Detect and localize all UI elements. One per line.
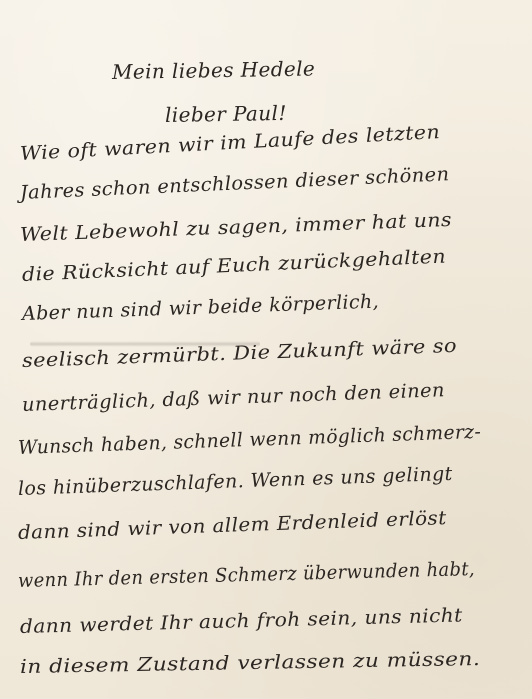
- letter-line-10: dann sind wir von allem Erdenleid erlöst: [18, 507, 447, 544]
- letter-line-13: in diesem Zustand verlassen zu müssen.: [20, 648, 481, 678]
- salutation-line-1: Mein liebes Hedele: [112, 56, 316, 84]
- letter-line-7: unerträglich, daß wir nur noch den einen: [22, 379, 446, 416]
- letter-line-2: Jahres schon entschlossen dieser schönen: [20, 163, 450, 204]
- letter-line-5: Aber nun sind wir beide körperlich,: [22, 291, 380, 325]
- letter-line-3: Welt Lebewohl zu sagen, immer hat uns: [20, 209, 453, 246]
- letter-page: Mein liebes Hedele lieber Paul! Wie oft …: [0, 0, 532, 699]
- letter-line-9: los hinüberzuschlafen. Wenn es uns gelin…: [18, 463, 453, 500]
- letter-line-4: die Rücksicht auf Euch zurückgehalten: [22, 245, 447, 285]
- letter-line-12: dann werdet Ihr auch froh sein, uns nich…: [20, 604, 463, 638]
- letter-line-8: Wunsch haben, schnell wenn möglich schme…: [18, 421, 482, 459]
- salutation-line-2: lieber Paul!: [165, 101, 287, 127]
- letter-line-1: Wie oft waren wir im Laufe des letzten: [19, 121, 440, 165]
- letter-line-11: wenn Ihr den ersten Schmerz überwunden h…: [18, 558, 475, 592]
